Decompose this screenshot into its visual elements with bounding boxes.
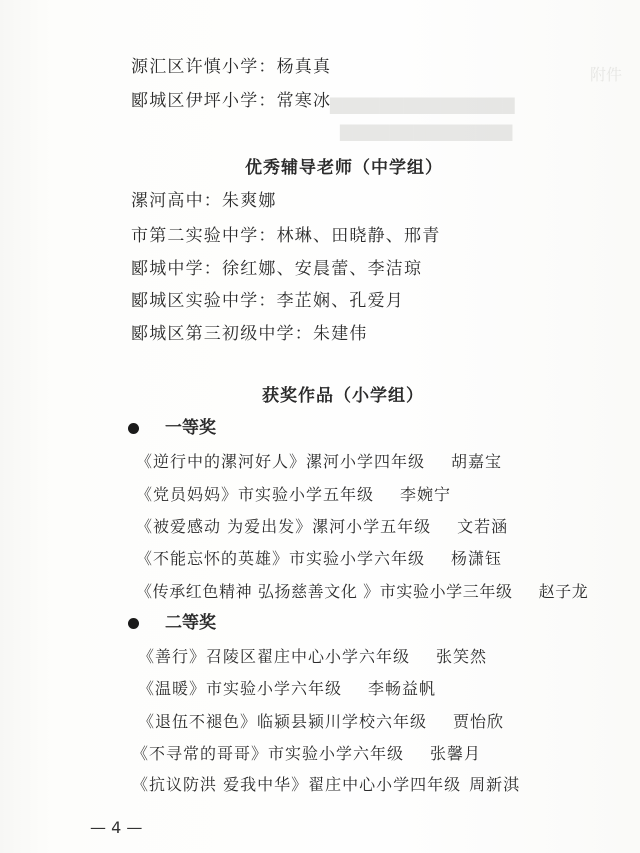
bleed-through-text: 附件	[590, 62, 622, 85]
entry-title: 《不寻常的哥哥》市实验小学六年级	[132, 744, 404, 763]
award-entry: 《不寻常的哥哥》市实验小学六年级张馨月	[132, 744, 481, 764]
teacher-line: 源汇区许慎小学：杨真真	[131, 57, 331, 77]
entry-title: 《传承红色精神 弘扬慈善文化 》市实验小学三年级	[136, 582, 513, 601]
entry-name: 赵子龙	[539, 582, 589, 601]
entry-title: 《退伍不褪色》临颍县颍川学校六年级	[138, 712, 427, 731]
entry-name: 李畅益帆	[368, 679, 436, 698]
award-entry: 《不能忘怀的英雄》市实验小学六年级杨潇钰	[136, 549, 502, 569]
entry-title: 《逆行中的漯河好人》漯河小学四年级	[136, 452, 425, 471]
entry-name: 张笑然	[436, 647, 487, 666]
teacher-line: 市第二实验中学：林琳、田晓静、邢青	[131, 226, 440, 246]
first-prize-label: 一等奖	[165, 418, 216, 438]
second-prize-label: 二等奖	[165, 613, 216, 633]
page-number: — 4 —	[90, 818, 142, 837]
entry-title: 《善行》召陵区翟庄中心小学六年级	[138, 647, 410, 666]
bullet-icon	[128, 618, 139, 629]
entry-name: 杨潇钰	[451, 549, 502, 568]
teacher-line: 郾城区伊坪小学：常寒冰	[131, 91, 331, 111]
award-entry: 《退伍不褪色》临颍县颍川学校六年级贾怡欣	[138, 712, 504, 732]
section-heading-teachers-middle: 优秀辅导老师（中学组）	[245, 158, 443, 178]
teacher-line: 漯河高中：朱爽娜	[131, 191, 277, 211]
entry-name: 周新淇	[469, 775, 520, 794]
entry-title: 《不能忘怀的英雄》市实验小学六年级	[136, 549, 425, 568]
entry-title: 《党员妈妈》市实验小学五年级	[136, 485, 374, 504]
teacher-line: 郾城区第三初级中学：朱建伟	[131, 324, 368, 344]
entry-title: 《温暖》市实验小学六年级	[138, 679, 342, 698]
entry-name: 贾怡欣	[453, 712, 504, 731]
teacher-line: 郾城中学：徐红娜、安晨蕾、李洁琼	[131, 259, 422, 279]
award-entry: 《被爱感动 为爱出发》漯河小学五年级文若涵	[136, 517, 508, 537]
award-entry: 《抗议防洪 爱我中华》翟庄中心小学四年级周新淇	[132, 775, 520, 795]
entry-title: 《抗议防洪 爱我中华》翟庄中心小学四年级	[132, 775, 461, 794]
entry-name: 文若涵	[457, 517, 508, 536]
award-entry: 《善行》召陵区翟庄中心小学六年级张笑然	[138, 647, 487, 667]
second-prize-heading: 二等奖	[128, 613, 216, 633]
document-page: 附件 ▇▇▇▇▇▇▇▇▇▇▇▇▇▇▇ ▇▇▇▇▇▇▇▇▇▇▇▇▇▇ 源汇区许慎小…	[0, 0, 640, 853]
award-entry: 《传承红色精神 弘扬慈善文化 》市实验小学三年级赵子龙	[136, 582, 588, 602]
entry-name: 李婉宁	[400, 485, 451, 504]
award-entry: 《党员妈妈》市实验小学五年级李婉宁	[136, 485, 451, 505]
entry-name: 胡嘉宝	[451, 452, 502, 471]
entry-title: 《被爱感动 为爱出发》漯河小学五年级	[136, 517, 431, 536]
entry-name: 张馨月	[430, 744, 481, 763]
award-entry: 《温暖》市实验小学六年级李畅益帆	[138, 679, 436, 699]
first-prize-heading: 一等奖	[128, 418, 216, 438]
bullet-icon	[128, 423, 139, 434]
award-entry: 《逆行中的漯河好人》漯河小学四年级胡嘉宝	[136, 452, 502, 472]
bleed-through-text: ▇▇▇▇▇▇▇▇▇▇▇▇▇▇▇	[330, 95, 515, 114]
bleed-through-text: ▇▇▇▇▇▇▇▇▇▇▇▇▇▇	[340, 122, 512, 141]
section-heading-works-primary: 获奖作品（小学组）	[262, 386, 424, 406]
teacher-line: 郾城区实验中学：李芷娴、孔爱月	[131, 291, 404, 311]
